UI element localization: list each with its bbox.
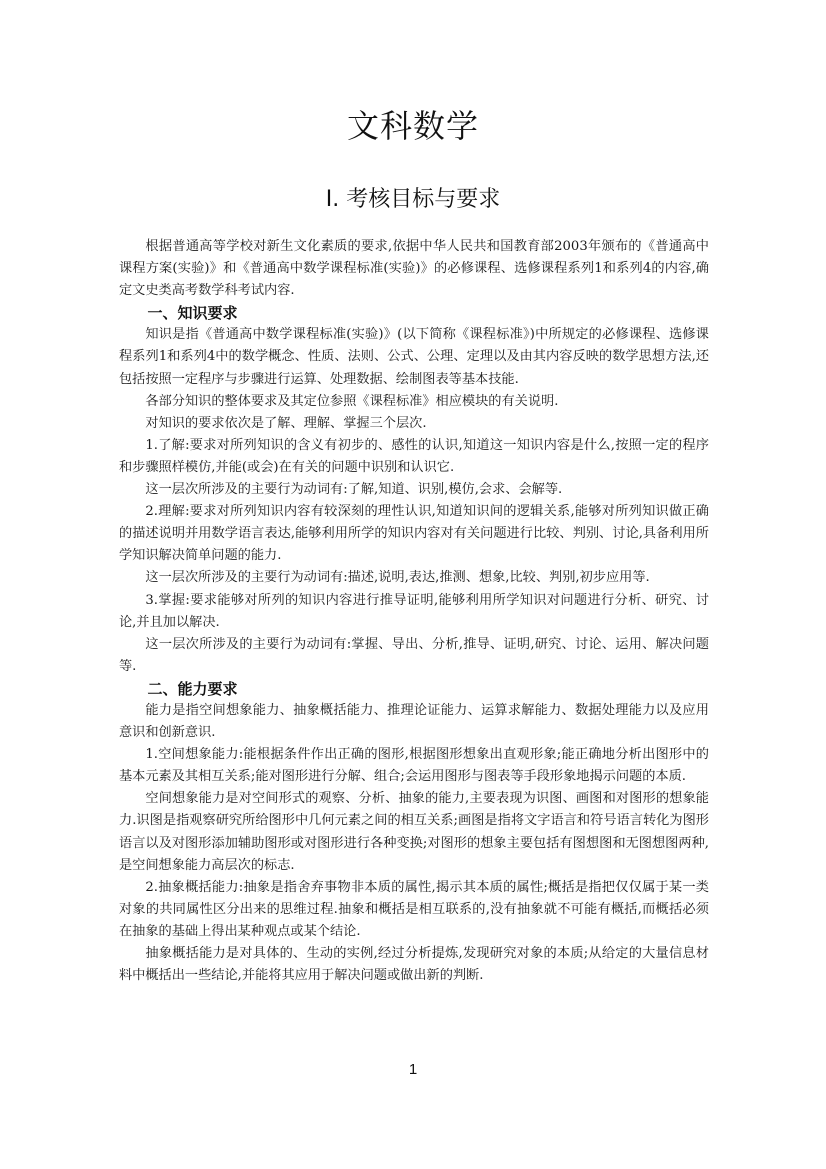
section-title: Ⅰ. 考核目标与要求 xyxy=(0,185,826,215)
paragraph: 知识是指《普通高中数学课程标准(实验)》(以下简称《课程标准》)中所规定的必修课… xyxy=(119,324,709,390)
paragraph: 2.抽象概括能力:抽象是指舍弃事物非本质的属性,揭示其本质的属性;概括是指把仅仅… xyxy=(119,877,709,943)
subsection-heading-knowledge: 一、知识要求 xyxy=(119,302,709,324)
paragraph: 1.了解:要求对所列知识的含义有初步的、感性的认识,知道这一知识内容是什么,按照… xyxy=(119,435,709,479)
paragraph: 空间想象能力是对空间形式的观察、分析、抽象的能力,主要表现为识图、画图和对图形的… xyxy=(119,788,709,876)
paragraph: 3.掌握:要求能够对所列的知识内容进行推导证明,能够利用所学知识对问题进行分析、… xyxy=(119,590,709,634)
paragraph: 2.理解:要求对所列知识内容有较深刻的理性认识,知道知识间的逻辑关系,能够对所列… xyxy=(119,501,709,567)
document-body: 根据普通高等学校对新生文化素质的要求,依据中华人民共和国教育部2003年颁布的《… xyxy=(119,236,709,987)
paragraph: 这一层次所涉及的主要行为动词有:描述,说明,表达,推测、想象,比较、判别,初步应… xyxy=(119,567,709,589)
paragraph: 各部分知识的整体要求及其定位参照《课程标准》相应模块的有关说明. xyxy=(119,391,709,413)
paragraph: 这一层次所涉及的主要行为动词有:掌握、导出、分析,推导、证明,研究、讨论、运用、… xyxy=(119,634,709,678)
paragraph: 这一层次所涉及的主要行为动词有:了解,知道、识别,模仿,会求、会解等. xyxy=(119,479,709,501)
paragraph: 抽象概括能力是对具体的、生动的实例,经过分析提炼,发现研究对象的本质;从给定的大… xyxy=(119,943,709,987)
document-title: 文科数学 xyxy=(0,106,826,146)
paragraph: 能力是指空间想象能力、抽象概括能力、推理论证能力、运算求解能力、数据处理能力以及… xyxy=(119,700,709,744)
paragraph: 对知识的要求依次是了解、理解、掌握三个层次. xyxy=(119,413,709,435)
page-number: 1 xyxy=(0,1061,826,1079)
paragraph: 根据普通高等学校对新生文化素质的要求,依据中华人民共和国教育部2003年颁布的《… xyxy=(119,236,709,302)
document-page: 文科数学 Ⅰ. 考核目标与要求 根据普通高等学校对新生文化素质的要求,依据中华人… xyxy=(0,0,826,1169)
paragraph: 1.空间想象能力:能根据条件作出正确的图形,根据图形想象出直观形象;能正确地分析… xyxy=(119,744,709,788)
subsection-heading-ability: 二、能力要求 xyxy=(119,678,709,700)
